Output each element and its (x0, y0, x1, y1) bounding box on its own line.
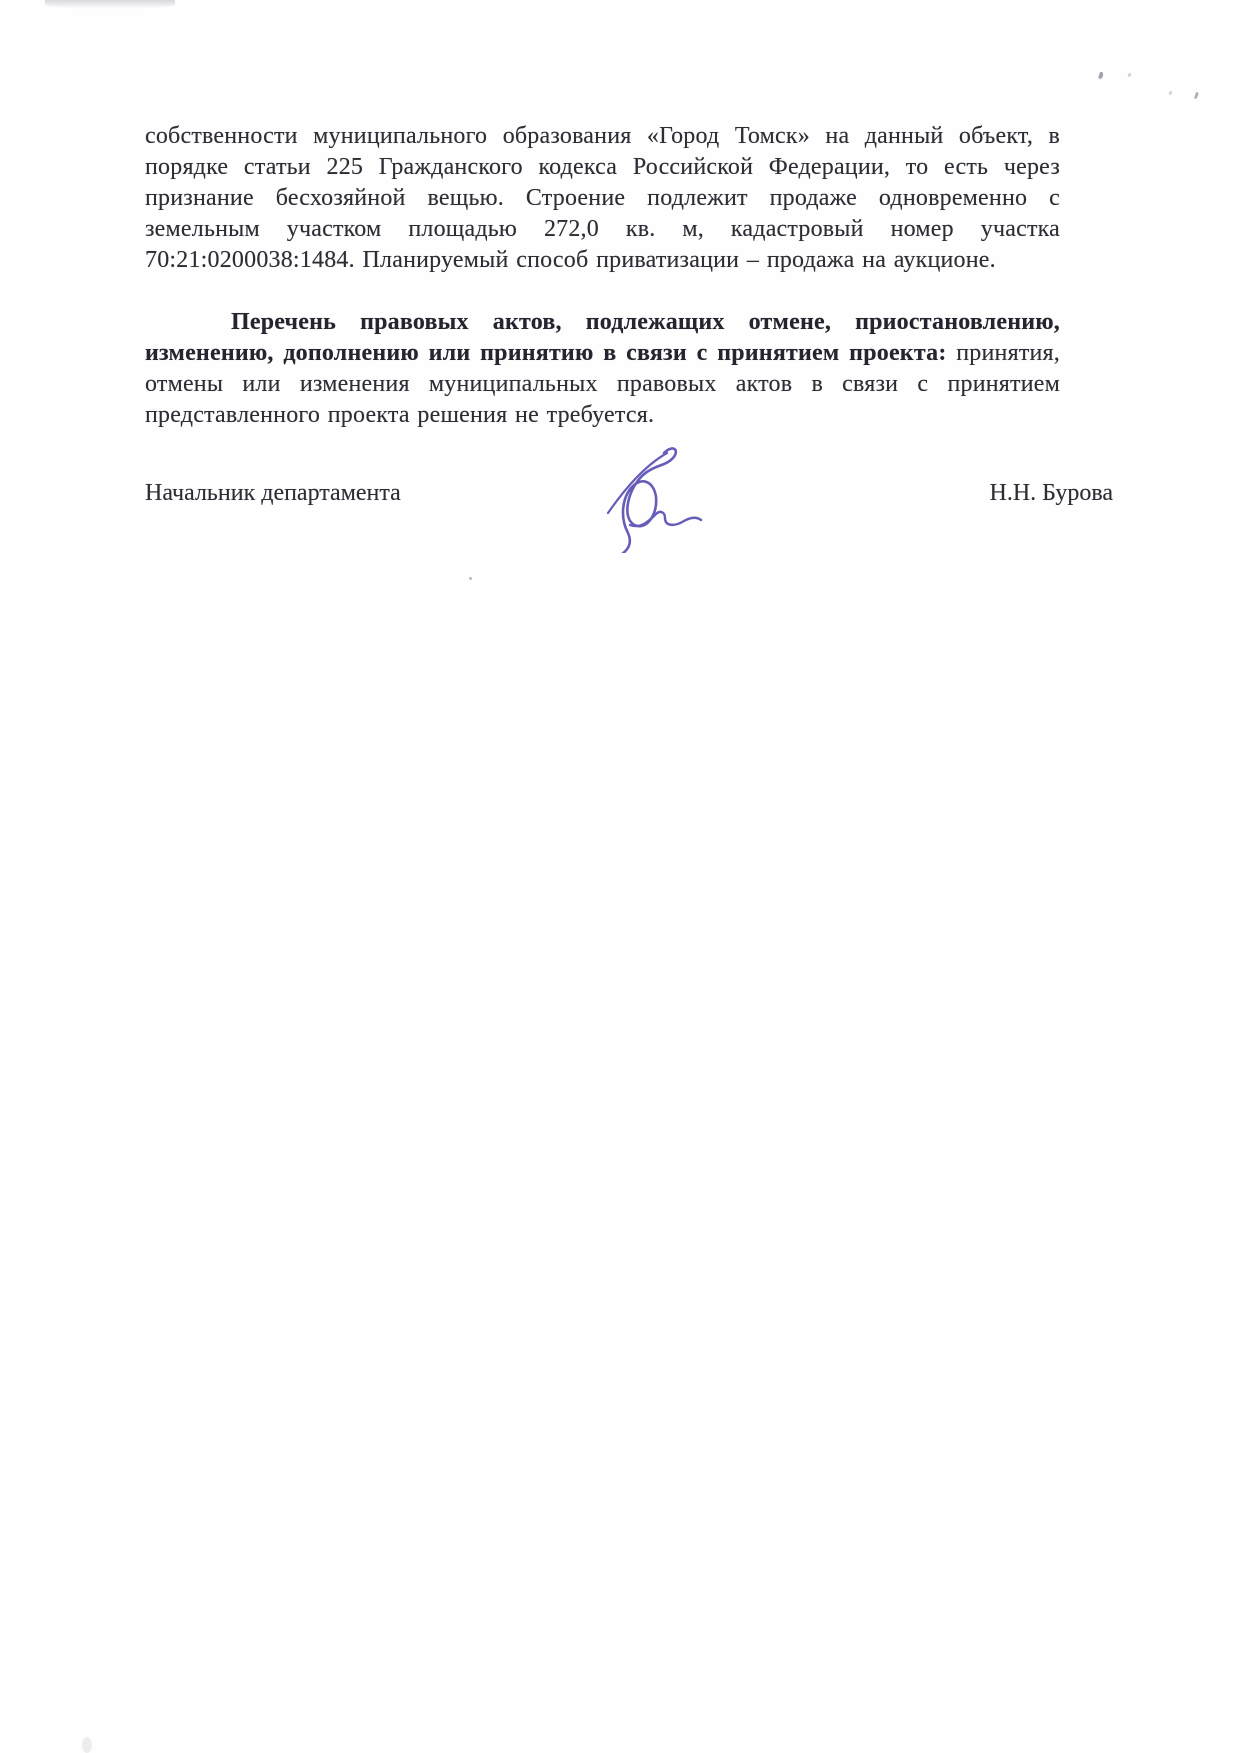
scan-dot (469, 577, 472, 580)
scan-speck (1098, 72, 1104, 80)
scanned-document-page: собственности муниципального образования… (0, 0, 1240, 1753)
scan-speck (1168, 91, 1172, 96)
signer-name: Н.Н. Бурова (989, 478, 1113, 509)
scan-smudge-bottom (82, 1737, 92, 1753)
body-paragraph-2: Перечень правовых актов, подлежащих отме… (145, 307, 1060, 431)
scan-smudge-top-edge (45, 0, 175, 9)
signer-title: Начальник департамента (145, 478, 401, 509)
paragraph-2-bold-lead: Перечень правовых актов, подлежащих отме… (145, 309, 1060, 366)
scan-speck (1194, 92, 1199, 100)
handwritten-signature-icon (580, 441, 712, 553)
scan-speck (1127, 73, 1132, 78)
body-paragraph-1: собственности муниципального образования… (145, 121, 1060, 276)
